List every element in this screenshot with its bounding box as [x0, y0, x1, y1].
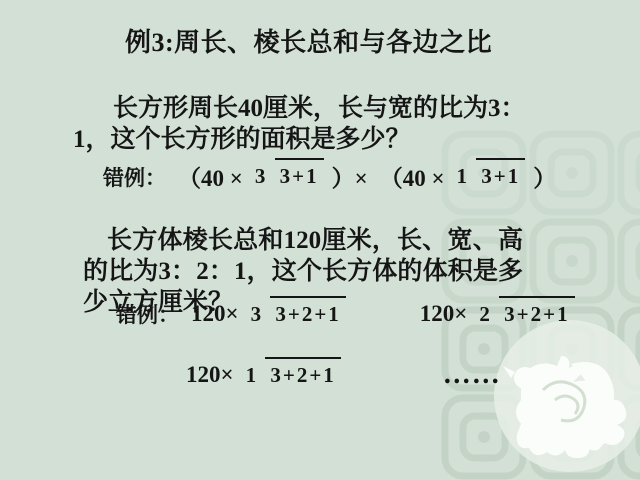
dragon-watermark-icon	[503, 356, 626, 458]
error3-expression: 120× 1 3+2+1	[186, 362, 349, 388]
problem2-line1: 长方体棱长总和120厘米，长、宽、高	[83, 225, 523, 256]
error2-coeff-2: 120×	[420, 301, 468, 327]
problem1-text: 长方形周长40厘米，长与宽的比为3： 1，这个长方形的面积是多少？	[73, 93, 513, 155]
error1-open2: （40 ×	[380, 160, 445, 193]
fraction-numerator: 2	[475, 302, 494, 329]
fraction: 1 3+1	[453, 165, 526, 187]
problem1-line1: 长方形周长40厘米，长与宽的比为3：	[73, 93, 513, 124]
fraction: 1 3+2+1	[242, 364, 341, 386]
error-example-2: 错例： 120× 3 3+2+1 120× 2 3+2+1	[116, 299, 583, 329]
fraction-denominator: 3+1	[275, 158, 324, 188]
fraction: 3 3+2+1	[247, 303, 346, 325]
error1-close1: ）×	[332, 160, 368, 193]
fraction-denominator: 3+1	[476, 158, 525, 188]
slide-title: 例3:周长、棱长总和与各边之比	[125, 22, 492, 59]
error2-expression-1: 120× 3 3+2+1	[191, 301, 354, 327]
problem1-line2: 1，这个长方形的面积是多少？	[73, 124, 513, 155]
error-example-1: 错例： （40 × 3 3+1 ）× （40 × 1 3+1 ）	[103, 160, 556, 193]
fraction-numerator: 3	[247, 302, 266, 329]
problem2-line2: 的比为3：2：1，这个长方体的体积是多	[83, 256, 523, 287]
fraction-denominator: 3+2+1	[499, 296, 574, 326]
error1-open1: （40 ×	[178, 160, 243, 193]
error3-coeff: 120×	[186, 362, 234, 388]
error2-expression-2: 120× 2 3+2+1	[420, 301, 583, 327]
fraction-denominator: 3+2+1	[265, 357, 340, 387]
watermark-circle	[494, 320, 640, 472]
fraction: 2 3+2+1	[475, 303, 574, 325]
fraction-numerator: 1	[242, 363, 261, 390]
error2-coeff-1: 120×	[191, 301, 239, 327]
fraction-numerator: 3	[251, 164, 270, 191]
error1-label: 错例：	[103, 162, 166, 192]
error1-close2: ）	[533, 160, 556, 193]
fraction-numerator: 1	[453, 164, 472, 191]
fraction: 3 3+1	[251, 165, 324, 187]
ellipsis-text: ……	[443, 361, 501, 389]
error-example-3: 120× 1 3+2+1 ……	[186, 361, 501, 389]
fraction-denominator: 3+2+1	[270, 296, 345, 326]
slide: 例3:周长、棱长总和与各边之比 长方形周长40厘米，长与宽的比为3： 1，这个长…	[0, 0, 640, 480]
error2-label: 错例：	[116, 299, 179, 329]
